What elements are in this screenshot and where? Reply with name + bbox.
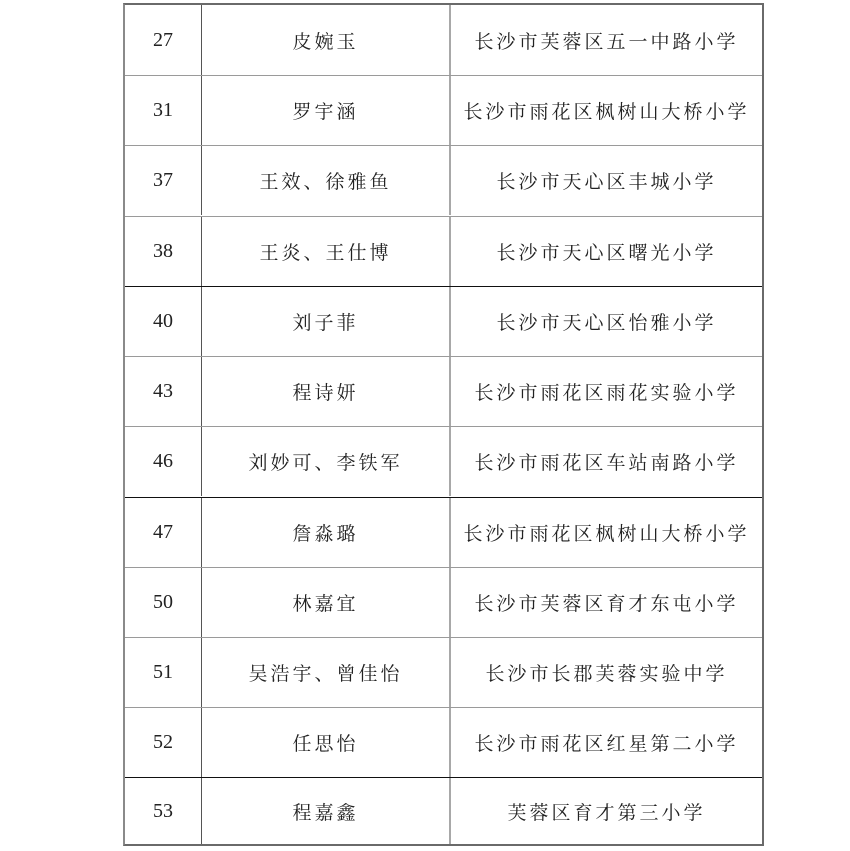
student-name: 詹淼璐	[202, 498, 451, 567]
row-number: 52	[125, 708, 202, 777]
school-name: 长沙市雨花区车站南路小学	[451, 427, 762, 496]
student-name: 皮婉玉	[202, 5, 451, 75]
table-row: 40 刘子菲 长沙市天心区怡雅小学	[125, 286, 762, 356]
school-name: 长沙市雨花区枫树山大桥小学	[451, 76, 762, 145]
row-number: 46	[125, 427, 202, 496]
row-number: 38	[125, 217, 202, 286]
row-number: 50	[125, 568, 202, 637]
student-name: 林嘉宜	[202, 568, 451, 637]
table-row: 31 罗宇涵 长沙市雨花区枫树山大桥小学	[125, 75, 762, 145]
student-name: 任思怡	[202, 708, 451, 777]
school-name: 长沙市雨花区红星第二小学	[451, 708, 762, 777]
school-name: 芙蓉区育才第三小学	[451, 778, 762, 844]
school-name: 长沙市天心区曙光小学	[451, 217, 762, 286]
school-name: 长沙市天心区丰城小学	[451, 146, 762, 215]
row-number: 40	[125, 287, 202, 356]
row-number: 53	[125, 778, 202, 844]
school-name: 长沙市长郡芙蓉实验中学	[451, 638, 762, 707]
school-name: 长沙市芙蓉区育才东屯小学	[451, 568, 762, 637]
table-row: 37 王效、徐雅鱼 长沙市天心区丰城小学	[125, 145, 762, 215]
award-table: 27 皮婉玉 长沙市芙蓉区五一中路小学 31 罗宇涵 长沙市雨花区枫树山大桥小学…	[123, 3, 764, 846]
table-row: 43 程诗妍 长沙市雨花区雨花实验小学	[125, 356, 762, 426]
row-number: 27	[125, 5, 202, 75]
student-name: 刘妙可、李铁军	[202, 427, 451, 496]
table-row: 47 詹淼璐 长沙市雨花区枫树山大桥小学	[125, 497, 762, 567]
school-name: 长沙市雨花区雨花实验小学	[451, 357, 762, 426]
table-row: 46 刘妙可、李铁军 长沙市雨花区车站南路小学	[125, 426, 762, 496]
table-row: 51 吴浩宇、曾佳怡 长沙市长郡芙蓉实验中学	[125, 637, 762, 707]
student-name: 吴浩宇、曾佳怡	[202, 638, 451, 707]
row-number: 51	[125, 638, 202, 707]
table-row: 52 任思怡 长沙市雨花区红星第二小学	[125, 707, 762, 777]
school-name: 长沙市天心区怡雅小学	[451, 287, 762, 356]
student-name: 王炎、王仕博	[202, 217, 451, 286]
row-number: 37	[125, 146, 202, 215]
student-name: 刘子菲	[202, 287, 451, 356]
school-name: 长沙市芙蓉区五一中路小学	[451, 5, 762, 75]
row-number: 31	[125, 76, 202, 145]
student-name: 王效、徐雅鱼	[202, 146, 451, 215]
student-name: 程诗妍	[202, 357, 451, 426]
table-row: 50 林嘉宜 长沙市芙蓉区育才东屯小学	[125, 567, 762, 637]
student-name: 程嘉鑫	[202, 778, 451, 844]
student-name: 罗宇涵	[202, 76, 451, 145]
table-row: 38 王炎、王仕博 长沙市天心区曙光小学	[125, 216, 762, 286]
school-name: 长沙市雨花区枫树山大桥小学	[451, 498, 762, 567]
table-row: 27 皮婉玉 长沙市芙蓉区五一中路小学	[125, 5, 762, 75]
table-row: 53 程嘉鑫 芙蓉区育才第三小学	[125, 777, 762, 844]
row-number: 47	[125, 498, 202, 567]
row-number: 43	[125, 357, 202, 426]
